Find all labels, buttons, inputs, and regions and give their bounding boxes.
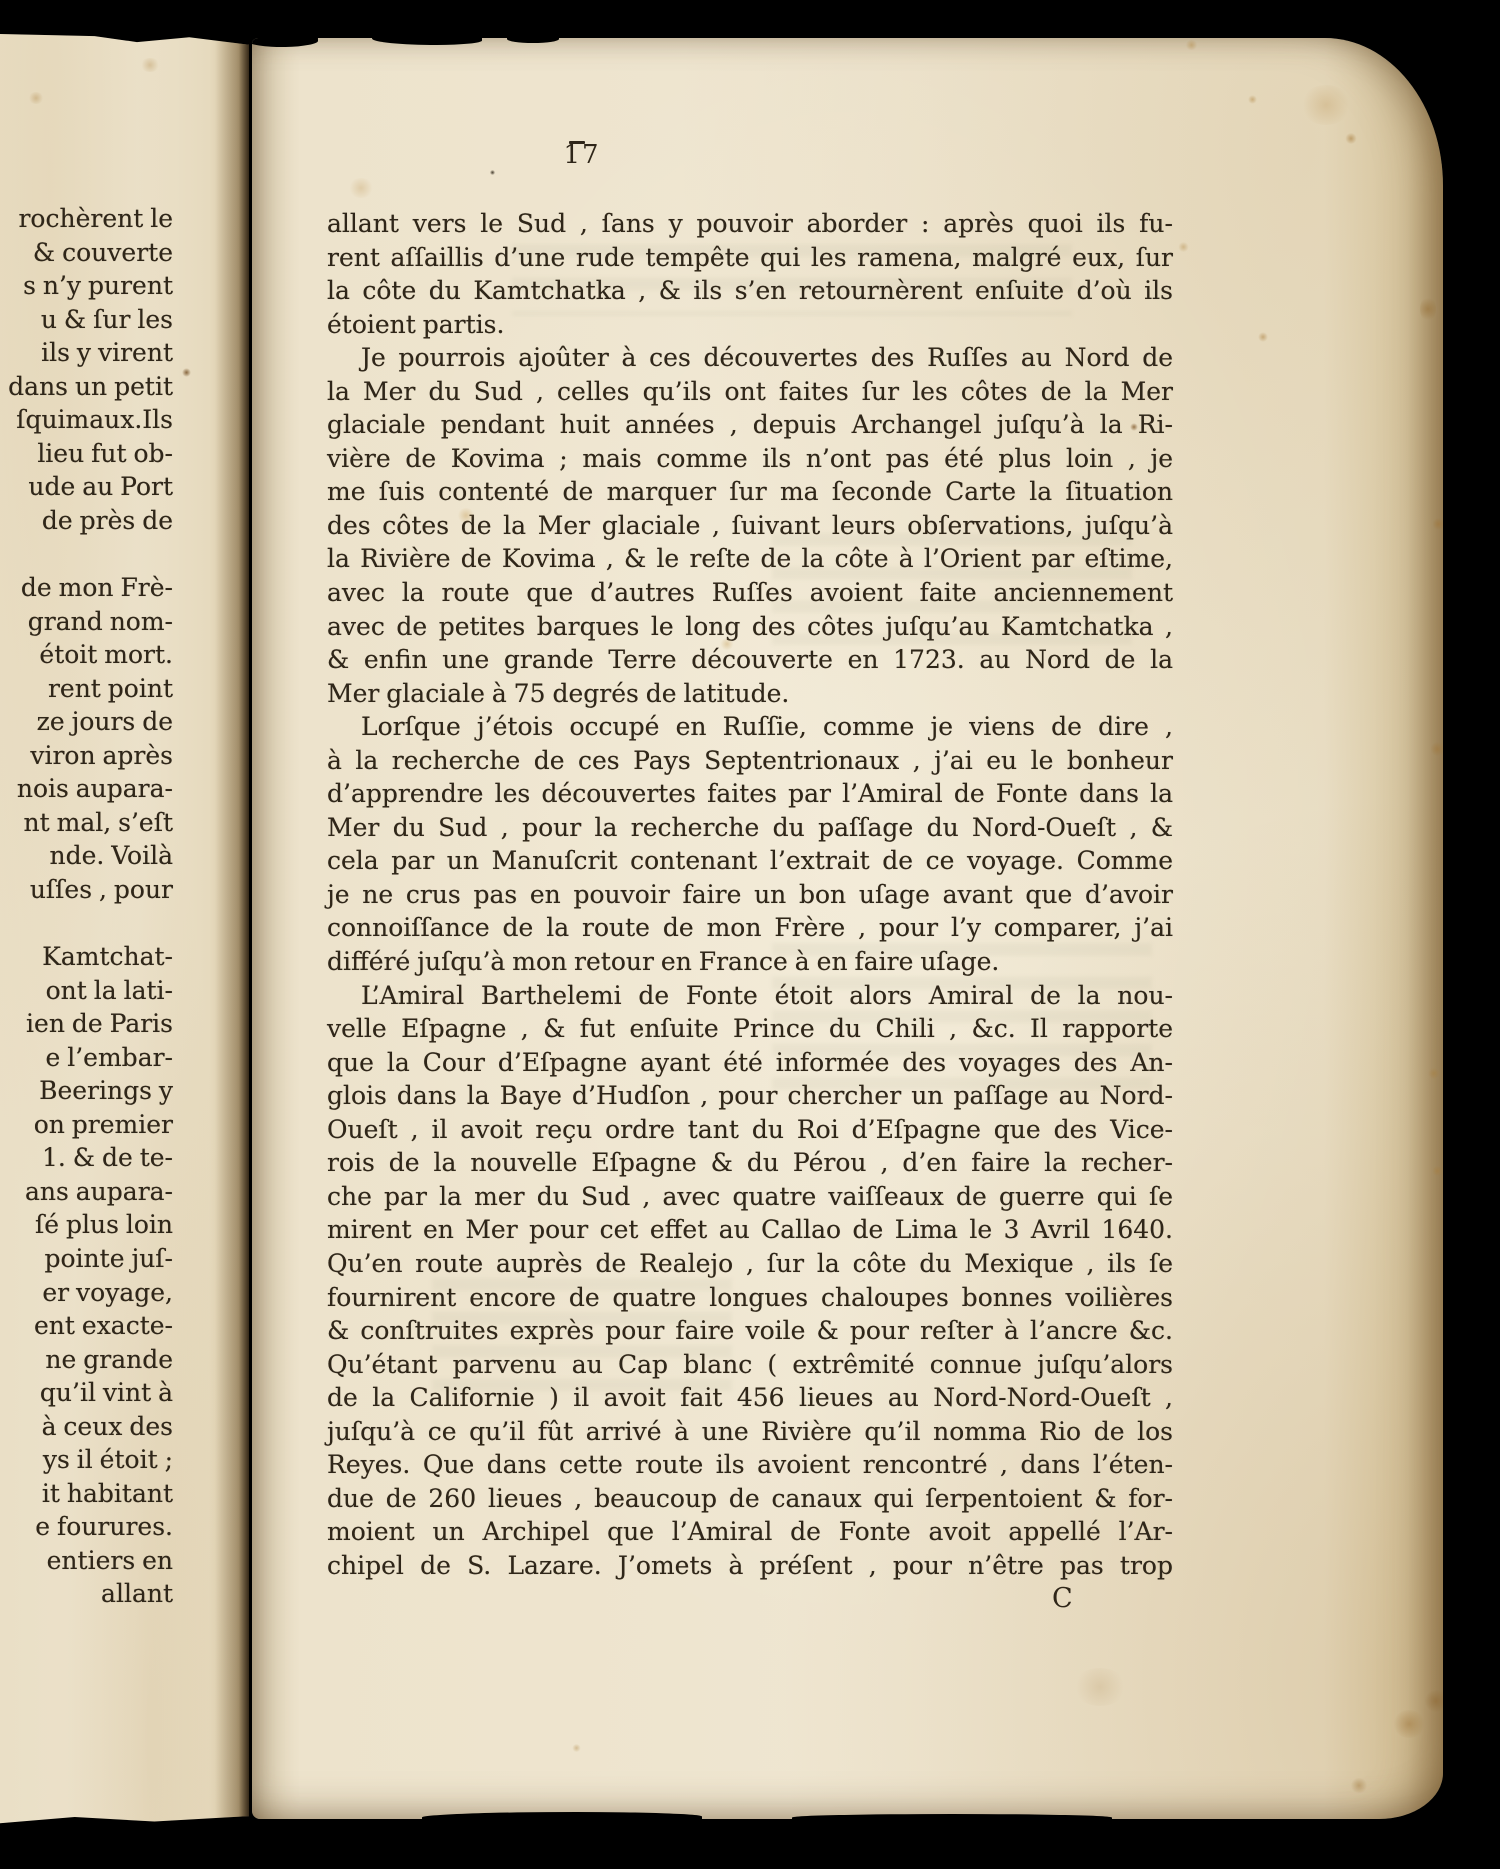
foxing-spot xyxy=(1392,1710,1426,1738)
text-line: che par la mer du Sud , avec quatre vaiſ… xyxy=(327,1180,1173,1214)
text-line: moient un Archipel que l’Amiral de Fonte… xyxy=(327,1515,1173,1549)
text-line: e l’embar- xyxy=(0,1041,173,1075)
deckle-nick xyxy=(792,1814,1112,1819)
text-line: nt mal, s’eſt xyxy=(0,806,173,840)
text-line: nde. Voilà xyxy=(0,839,173,873)
text-line: rochèrent le xyxy=(0,202,173,236)
text-line: glois dans la Baye d’Hudſon , pour cherc… xyxy=(327,1079,1173,1113)
text-line: vière de Kovima ; mais comme ils n’ont p… xyxy=(327,442,1173,476)
text-line: Mer du Sud , pour la recherche du paſſag… xyxy=(327,811,1173,845)
text-line: fournirent encore de quatre longues chal… xyxy=(327,1281,1173,1315)
text-line: due de 260 lieues , beaucoup de canaux q… xyxy=(327,1482,1173,1516)
text-line: & couverte xyxy=(0,236,173,270)
foxing-spot xyxy=(1345,133,1357,144)
text-line: la Mer du Sud , celles qu’ils ont faites… xyxy=(327,375,1173,409)
deckle-nick xyxy=(252,38,318,48)
foxing-spot xyxy=(1185,40,1198,50)
foxing-spot xyxy=(1432,518,1443,530)
text-line: ils y virent xyxy=(0,336,173,370)
foxing-spot xyxy=(1432,1166,1443,1176)
text-line: me ſuis contenté de marquer ſur ma ſecon… xyxy=(327,475,1173,509)
foxing-spot xyxy=(1420,296,1436,322)
text-line: je ne crus pas en pouvoir faire un bon u… xyxy=(327,878,1173,912)
text-line: ſquimaux.Ils xyxy=(0,403,173,437)
text-line: allant xyxy=(0,1577,173,1611)
text-line: des côtes de la Mer glaciale , ſuivant l… xyxy=(327,509,1173,543)
text-line xyxy=(0,537,173,571)
text-line: Mer glaciale à 75 degrés de latitude. xyxy=(327,677,1173,711)
foxing-spot xyxy=(1424,1690,1443,1712)
text-line: différé juſqu’à mon retour en France à e… xyxy=(327,945,1173,979)
text-line: ien de Paris xyxy=(0,1007,173,1041)
text-line: er voyage, xyxy=(0,1276,173,1310)
text-line: Kamtchat- xyxy=(0,940,173,974)
text-line: & enfin une grande Terre découverte en 1… xyxy=(327,643,1173,677)
foxing-spot xyxy=(572,1744,581,1752)
text-line: ent exacte- xyxy=(0,1309,173,1343)
text-line: Qu’en route auprès de Realejo , ſur la c… xyxy=(327,1247,1173,1281)
text-line: it habitant xyxy=(0,1477,173,1511)
left-page: rochèrent le& couvertes n’y purentu & ſu… xyxy=(0,34,249,1826)
signature-mark: C xyxy=(1052,1584,1073,1614)
text-line: Qu’étant parvenu au Cap blanc ( extrêmit… xyxy=(327,1348,1173,1382)
text-line: entiers en xyxy=(0,1544,173,1578)
text-line: rent point xyxy=(0,672,173,706)
text-line: la Rivière de Kovima , & le reſte de la … xyxy=(327,542,1173,576)
text-line: nois aupara- xyxy=(0,772,173,806)
text-line: juſqu’à ce qu’il fût arrivé à une Rivièr… xyxy=(327,1415,1173,1449)
text-line: connoiſſance de la route de mon Frère , … xyxy=(327,911,1173,945)
text-line: que la Cour d’Eſpagne ayant été informée… xyxy=(327,1046,1173,1080)
deckle-nick xyxy=(422,1812,702,1819)
foxing-spot xyxy=(1072,1668,1128,1706)
text-line: ont la lati- xyxy=(0,974,173,1008)
foxing-spot xyxy=(1300,85,1352,125)
text-line: lieu fut ob- xyxy=(0,437,173,471)
text-line: de près de xyxy=(0,504,173,538)
text-line: Je pourrois ajoûter à ces découvertes de… xyxy=(327,341,1173,375)
foxing-spot xyxy=(1258,332,1268,342)
page-number-overbar xyxy=(569,141,585,144)
ink-dot xyxy=(490,170,495,175)
left-text-column: rochèrent le& couvertes n’y purentu & ſu… xyxy=(0,202,173,1611)
text-line: étoient partis. xyxy=(327,308,1173,342)
text-line: la côte du Kamtchatka , & ils s’en retou… xyxy=(327,274,1173,308)
gutter-shadow xyxy=(215,34,249,1826)
foxing-spot xyxy=(182,368,191,377)
foxing-spot xyxy=(348,178,374,198)
deckle-nick xyxy=(372,38,482,45)
right-page: 17 allant vers le Sud , ſans y pouvoir a… xyxy=(252,38,1443,1819)
foxing-spot xyxy=(28,92,44,104)
text-line: allant vers le Sud , ſans y pouvoir abor… xyxy=(327,207,1173,241)
text-line: rois de la nouvelle Eſpagne & du Pérou ,… xyxy=(327,1146,1173,1180)
text-line: Oueſt , il avoit reçu ordre tant du Roi … xyxy=(327,1113,1173,1147)
text-line: Beerings y xyxy=(0,1074,173,1108)
text-line: glaciale pendant huit années , depuis Ar… xyxy=(327,408,1173,442)
text-line: u & ſur les xyxy=(0,303,173,337)
text-line: L’Amiral Barthelemi de Fonte étoit alors… xyxy=(327,979,1173,1013)
text-line: e fourures. xyxy=(0,1510,173,1544)
text-line: ude au Port xyxy=(0,470,173,504)
text-line: dans un petit xyxy=(0,370,173,404)
text-line: on premier xyxy=(0,1108,173,1142)
text-line: d’apprendre les découvertes faites par l… xyxy=(327,777,1173,811)
text-line: cela par un Manuſcrit contenant l’extrai… xyxy=(327,844,1173,878)
text-line: qu’il vint à xyxy=(0,1376,173,1410)
text-line: rent aſſaillis d’une rude tempête qui le… xyxy=(327,241,1173,275)
text-line xyxy=(0,906,173,940)
foxing-spot xyxy=(1350,1778,1368,1793)
foxing-spot xyxy=(140,58,160,72)
text-line: s n’y purent xyxy=(0,269,173,303)
text-line: pointe juſ- xyxy=(0,1242,173,1276)
text-line: avec la route que d’autres Ruſſes avoien… xyxy=(327,576,1173,610)
text-line: uſſes , pour xyxy=(0,873,173,907)
text-line: velle Eſpagne , & fut enſuite Prince du … xyxy=(327,1012,1173,1046)
foxing-spot xyxy=(1248,95,1257,104)
text-line: étoit mort. xyxy=(0,638,173,672)
text-line: grand nom- xyxy=(0,605,173,639)
text-line: ne grande xyxy=(0,1343,173,1377)
foxing-spot xyxy=(1428,1068,1440,1079)
text-line: avec de petites barques le long des côte… xyxy=(327,610,1173,644)
book-scan: rochèrent le& couvertes n’y purentu & ſu… xyxy=(0,0,1500,1869)
text-line: 1. & de te- xyxy=(0,1141,173,1175)
text-line: ze jours de xyxy=(0,705,173,739)
foxing-spot xyxy=(1178,242,1189,252)
text-line: Reyes. Que dans cette route ils avoient … xyxy=(327,1448,1173,1482)
text-line: à ceux des xyxy=(0,1410,173,1444)
text-line: ys il étoit ; xyxy=(0,1443,173,1477)
deckle-nick xyxy=(507,38,559,43)
right-text-block: allant vers le Sud , ſans y pouvoir abor… xyxy=(327,207,1173,1582)
text-line: à la recherche de ces Pays Septentrionau… xyxy=(327,744,1173,778)
text-line: mirent en Mer pour cet effet au Callao d… xyxy=(327,1213,1173,1247)
text-line: ans aupara- xyxy=(0,1175,173,1209)
foxing-spot xyxy=(1430,742,1443,756)
text-line: de mon Frè- xyxy=(0,571,173,605)
text-line: viron après xyxy=(0,739,173,773)
text-line: & conſtruites exprès pour faire voile & … xyxy=(327,1314,1173,1348)
text-line: ſé plus loin xyxy=(0,1208,173,1242)
text-line: chipel de S. Lazare. J’omets à préſent ,… xyxy=(327,1549,1173,1583)
text-line: de la Californie ) il avoit fait 456 lie… xyxy=(327,1381,1173,1415)
text-line: Lorſque j’étois occupé en Ruſſie, comme … xyxy=(327,710,1173,744)
